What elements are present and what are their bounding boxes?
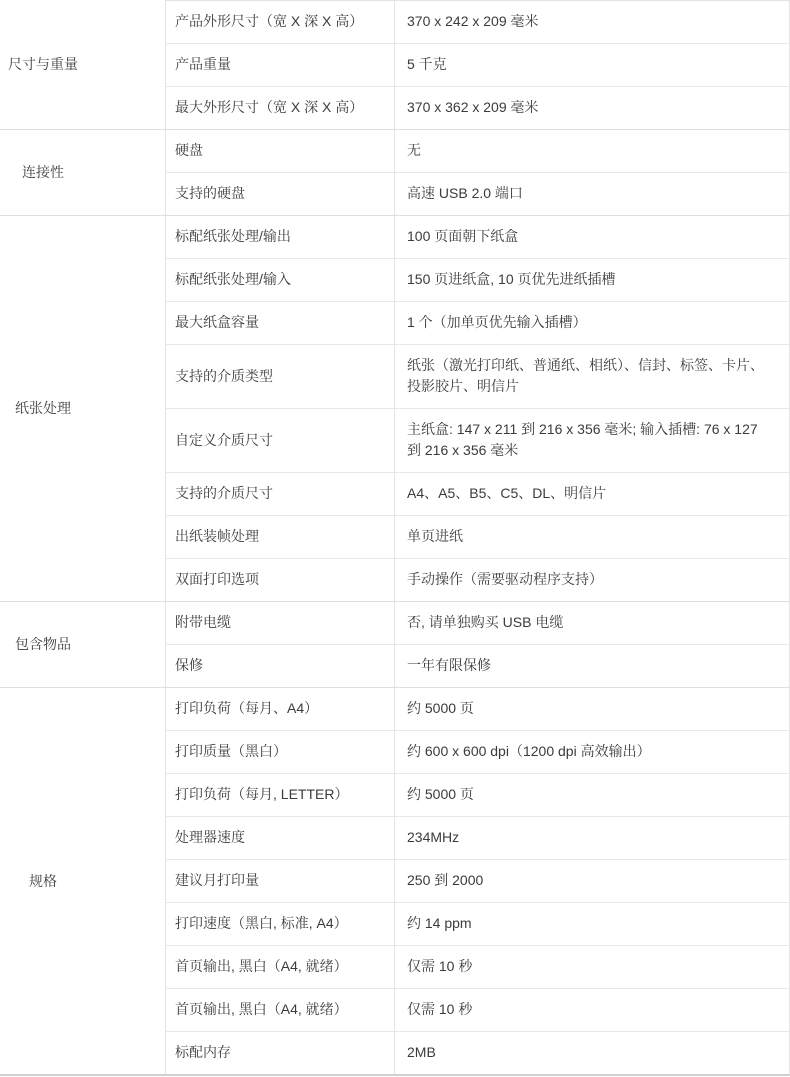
spec-name: 标配纸张处理/输出 <box>166 216 395 258</box>
spec-value: 5 千克 <box>395 44 789 86</box>
category-label: 尺寸与重量 <box>0 54 86 75</box>
spec-name: 打印质量（黑白） <box>166 731 395 773</box>
table-row: 首页输出, 黑白（A4, 就绪） 仅需 10 秒 <box>166 989 789 1032</box>
spec-name: 处理器速度 <box>166 817 395 859</box>
spec-name: 出纸装帧处理 <box>166 516 395 558</box>
category-cell: 尺寸与重量 <box>0 0 166 129</box>
table-row: 最大纸盒容量 1 个（加单页优先输入插槽） <box>166 302 789 345</box>
spec-name: 自定义介质尺寸 <box>166 409 395 472</box>
spec-name: 双面打印选项 <box>166 559 395 601</box>
spec-section-3: 包含物品 附带电缆 否, 请单独购买 USB 电缆 保修 一年有限保修 <box>0 602 789 688</box>
spec-name: 打印负荷（每月、A4） <box>166 688 395 730</box>
spec-rows: 附带电缆 否, 请单独购买 USB 电缆 保修 一年有限保修 <box>166 602 789 687</box>
spec-name: 标配纸张处理/输入 <box>166 259 395 301</box>
spec-value: 约 5000 页 <box>395 688 789 730</box>
spec-value: 手动操作（需要驱动程序支持） <box>395 559 789 601</box>
spec-value: 约 5000 页 <box>395 774 789 816</box>
spec-name: 最大纸盒容量 <box>166 302 395 344</box>
spec-value: 单页进纸 <box>395 516 789 558</box>
spec-value: 约 14 ppm <box>395 903 789 945</box>
spec-name: 打印速度（黑白, 标准, A4） <box>166 903 395 945</box>
spec-section-2: 纸张处理 标配纸张处理/输出 100 页面朝下纸盒 标配纸张处理/输入 150 … <box>0 216 789 602</box>
table-row: 自定义介质尺寸 主纸盒: 147 x 211 到 216 x 356 毫米; 输… <box>166 409 789 473</box>
spec-name: 产品外形尺寸（宽 X 深 X 高） <box>166 1 395 43</box>
table-row: 出纸装帧处理 单页进纸 <box>166 516 789 559</box>
spec-rows: 标配纸张处理/输出 100 页面朝下纸盒 标配纸张处理/输入 150 页进纸盒,… <box>166 216 789 601</box>
category-label: 包含物品 <box>0 634 86 655</box>
spec-value: 250 到 2000 <box>395 860 789 902</box>
spec-name: 支持的硬盘 <box>166 173 395 215</box>
spec-name: 首页输出, 黑白（A4, 就绪） <box>166 946 395 988</box>
spec-value: 370 x 242 x 209 毫米 <box>395 1 789 43</box>
category-label: 连接性 <box>0 162 86 183</box>
category-cell: 包含物品 <box>0 602 166 687</box>
table-row: 附带电缆 否, 请单独购买 USB 电缆 <box>166 602 789 645</box>
spec-name: 标配内存 <box>166 1032 395 1074</box>
table-row: 打印负荷（每月, LETTER） 约 5000 页 <box>166 774 789 817</box>
spec-name: 产品重量 <box>166 44 395 86</box>
category-cell: 规格 <box>0 688 166 1074</box>
category-cell: 连接性 <box>0 130 166 215</box>
category-label: 规格 <box>0 871 86 892</box>
category-label: 纸张处理 <box>0 398 86 419</box>
table-row: 打印负荷（每月、A4） 约 5000 页 <box>166 688 789 731</box>
table-row: 保修 一年有限保修 <box>166 645 789 687</box>
table-row: 首页输出, 黑白（A4, 就绪） 仅需 10 秒 <box>166 946 789 989</box>
spec-section-4: 规格 打印负荷（每月、A4） 约 5000 页 打印质量（黑白） 约 600 x… <box>0 688 789 1074</box>
spec-value: 否, 请单独购买 USB 电缆 <box>395 602 789 644</box>
spec-section-1: 连接性 硬盘 无 支持的硬盘 高速 USB 2.0 端口 <box>0 130 789 216</box>
spec-name: 建议月打印量 <box>166 860 395 902</box>
table-row: 产品重量 5 千克 <box>166 44 789 87</box>
spec-value: 仅需 10 秒 <box>395 946 789 988</box>
spec-value: 370 x 362 x 209 毫米 <box>395 87 789 129</box>
spec-value: 约 600 x 600 dpi（1200 dpi 高效输出） <box>395 731 789 773</box>
spec-value: 234MHz <box>395 817 789 859</box>
spec-value: 纸张（激光打印纸、普通纸、相纸）、信封、标签、卡片、投影胶片、明信片 <box>395 345 789 408</box>
table-row: 处理器速度 234MHz <box>166 817 789 860</box>
table-row: 双面打印选项 手动操作（需要驱动程序支持） <box>166 559 789 601</box>
spec-name: 最大外形尺寸（宽 X 深 X 高） <box>166 87 395 129</box>
spec-value: 高速 USB 2.0 端口 <box>395 173 789 215</box>
table-row: 支持的硬盘 高速 USB 2.0 端口 <box>166 173 789 215</box>
table-row: 产品外形尺寸（宽 X 深 X 高） 370 x 242 x 209 毫米 <box>166 1 789 44</box>
spec-value: A4、A5、B5、C5、DL、明信片 <box>395 473 789 515</box>
table-row: 标配纸张处理/输出 100 页面朝下纸盒 <box>166 216 789 259</box>
spec-value: 2MB <box>395 1032 789 1074</box>
spec-name: 附带电缆 <box>166 602 395 644</box>
spec-value: 无 <box>395 130 789 172</box>
category-cell: 纸张处理 <box>0 216 166 601</box>
spec-value: 150 页进纸盒, 10 页优先进纸插槽 <box>395 259 789 301</box>
spec-value: 100 页面朝下纸盒 <box>395 216 789 258</box>
spec-name: 首页输出, 黑白（A4, 就绪） <box>166 989 395 1031</box>
table-row: 标配纸张处理/输入 150 页进纸盒, 10 页优先进纸插槽 <box>166 259 789 302</box>
spec-value: 主纸盒: 147 x 211 到 216 x 356 毫米; 输入插槽: 76 … <box>395 409 789 472</box>
spec-name: 支持的介质尺寸 <box>166 473 395 515</box>
table-row: 标配内存 2MB <box>166 1032 789 1074</box>
spec-rows: 硬盘 无 支持的硬盘 高速 USB 2.0 端口 <box>166 130 789 215</box>
spec-section-0: 尺寸与重量 产品外形尺寸（宽 X 深 X 高） 370 x 242 x 209 … <box>0 0 789 130</box>
table-row: 最大外形尺寸（宽 X 深 X 高） 370 x 362 x 209 毫米 <box>166 87 789 129</box>
table-row: 硬盘 无 <box>166 130 789 173</box>
spec-rows: 产品外形尺寸（宽 X 深 X 高） 370 x 242 x 209 毫米 产品重… <box>166 0 789 129</box>
spec-name: 硬盘 <box>166 130 395 172</box>
spec-name: 支持的介质类型 <box>166 345 395 408</box>
table-row: 打印质量（黑白） 约 600 x 600 dpi（1200 dpi 高效输出） <box>166 731 789 774</box>
table-row: 打印速度（黑白, 标准, A4） 约 14 ppm <box>166 903 789 946</box>
spec-value: 一年有限保修 <box>395 645 789 687</box>
spec-name: 打印负荷（每月, LETTER） <box>166 774 395 816</box>
spec-name: 保修 <box>166 645 395 687</box>
table-row: 支持的介质类型 纸张（激光打印纸、普通纸、相纸）、信封、标签、卡片、投影胶片、明… <box>166 345 789 409</box>
table-row: 建议月打印量 250 到 2000 <box>166 860 789 903</box>
spec-value: 仅需 10 秒 <box>395 989 789 1031</box>
product-spec-table: 尺寸与重量 产品外形尺寸（宽 X 深 X 高） 370 x 242 x 209 … <box>0 0 790 1076</box>
spec-value: 1 个（加单页优先输入插槽） <box>395 302 789 344</box>
spec-rows: 打印负荷（每月、A4） 约 5000 页 打印质量（黑白） 约 600 x 60… <box>166 688 789 1074</box>
table-row: 支持的介质尺寸 A4、A5、B5、C5、DL、明信片 <box>166 473 789 516</box>
